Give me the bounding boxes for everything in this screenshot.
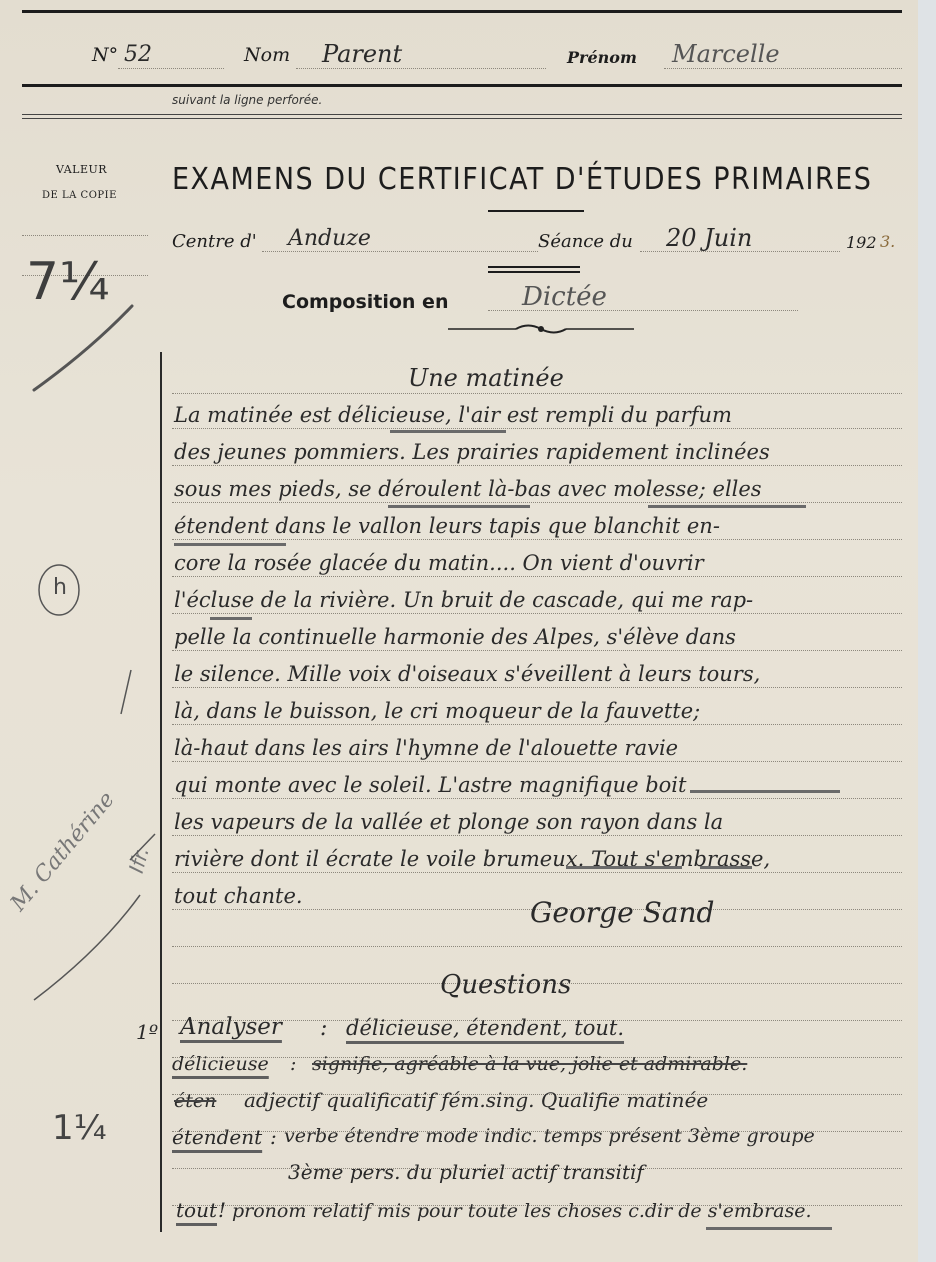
perforation-rule-2 [22, 118, 902, 119]
dictation-title: Une matinée [408, 364, 564, 392]
dictation-line: le silence. Mille voix d'oiseaux s'éveil… [174, 662, 760, 686]
seance-dotted-line [640, 251, 840, 252]
question-prompt-colon: : [320, 1016, 327, 1041]
prenom-label: Prénom [567, 48, 637, 67]
double-rule-bottom [488, 271, 580, 273]
answer-text: verbe étendre mode indic. temps présent … [284, 1125, 815, 1147]
centre-label: Centre d' [172, 231, 257, 252]
de-la-copie-label: DE LA COPIE [42, 190, 117, 201]
question-prompt-words: délicieuse, étendent, tout. [346, 1016, 624, 1040]
prenom-dotted-line [664, 68, 902, 69]
answer-text: 3ème pers. du pluriel actif transitif [288, 1160, 644, 1184]
year-written: 3. [880, 232, 895, 251]
header-bottom-rule [22, 84, 902, 87]
question-number: 1º [136, 1020, 158, 1044]
dictation-line: pelle la continuelle harmonie des Alpes,… [174, 625, 736, 649]
answer-term: délicieuse [172, 1053, 269, 1075]
seance-label: Séance du [538, 231, 633, 252]
dictation-line: l'écluse de la rivière. Un bruit de casc… [174, 588, 753, 612]
dictation-line: là-haut dans les airs l'hymne de l'aloue… [174, 736, 678, 760]
answer-underline [706, 1227, 832, 1230]
nom-label: Nom [244, 44, 290, 66]
nom-dotted-line [296, 68, 546, 69]
top-rule [22, 10, 902, 13]
dictation-line: là, dans le buisson, le cri moqueur de l… [174, 699, 700, 723]
dictation-line: core la rosée glacée du matin.... On vie… [174, 551, 704, 575]
answer-sep: : [290, 1053, 296, 1075]
number-label: N° [92, 44, 118, 66]
dictation-line: des jeunes pommiers. Les prairies rapide… [174, 440, 770, 464]
valeur-label: VALEUR [56, 163, 107, 176]
nom-value: Parent [322, 40, 402, 68]
answer-struck-term: éten [174, 1090, 216, 1112]
grade-line-1 [22, 235, 148, 236]
answer-term: tout [176, 1198, 217, 1222]
circled-mark: h [53, 575, 67, 600]
composition-label: Composition en [282, 291, 448, 313]
scan-edge [918, 0, 936, 1262]
question-prompt-label: Analyser [180, 1014, 282, 1040]
composition-value: Dictée [522, 282, 607, 312]
composition-dotted-line [488, 310, 798, 311]
dictation-line: tout chante. [174, 884, 303, 908]
margin-vertical-rule [160, 352, 162, 1232]
question-grade: 1¼ [52, 1108, 107, 1148]
number-value: 52 [124, 42, 152, 67]
dictation-line: La matinée est délicieuse, l'air est rem… [174, 403, 732, 427]
number-dotted-line [118, 68, 224, 69]
exam-sheet: N° 52 Nom Parent Prénom Marcelle suivant… [0, 0, 918, 1262]
grade-slash-mark [30, 300, 140, 395]
answer-sep: ! [218, 1198, 226, 1222]
pencil-tick [118, 668, 134, 718]
dictation-author: George Sand [530, 896, 714, 929]
dictation-line: les vapeurs de la vallée et plonge son r… [174, 810, 723, 834]
year-printed: 192 [846, 233, 877, 252]
seance-value: 20 Juin [666, 224, 752, 252]
ornament-divider [446, 322, 636, 336]
signature-strike [30, 830, 170, 1005]
dictation-line: qui monte avec le soleil. L'astre magnif… [174, 773, 686, 797]
title-underline [488, 210, 584, 212]
answer-text: adjectif qualificatif fém.sing. Qualifie… [244, 1088, 708, 1112]
centre-dotted-line [262, 251, 538, 252]
prenom-value: Marcelle [672, 40, 780, 68]
perforation-rule-1 [22, 114, 902, 115]
double-rule-top [488, 266, 580, 268]
perforation-note: suivant la ligne perforée. [172, 93, 322, 107]
answer-term: étendent [172, 1125, 262, 1149]
exam-title: EXAMENS DU CERTIFICAT D'ÉTUDES PRIMAIRES [172, 162, 872, 197]
centre-value: Anduze [288, 226, 371, 251]
dictation-line: étendent dans le vallon leurs tapis que … [174, 514, 720, 538]
questions-title: Questions [440, 970, 571, 1000]
answer-text: pronom relatif mis pour toute les choses… [232, 1200, 812, 1222]
answer-sep: : [270, 1125, 277, 1149]
dictation-line: sous mes pieds, se déroulent là-bas avec… [174, 477, 762, 501]
answer-struck-text: signifie, agréable à la vue, jolie et ad… [312, 1053, 747, 1075]
